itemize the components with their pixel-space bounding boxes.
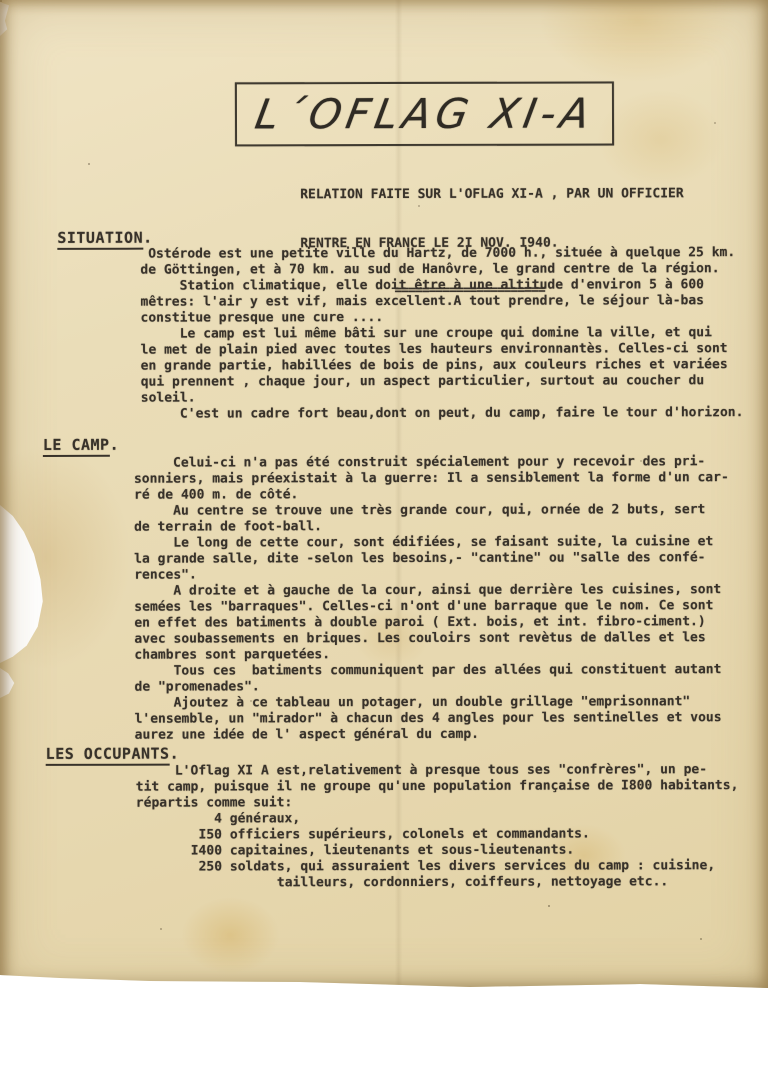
- heading-period-situation: .: [143, 229, 153, 247]
- heading-text-le-camp: LE CAMP: [43, 436, 110, 457]
- section-heading-les-occupants: LES OCCUPANTS.: [46, 746, 179, 762]
- scanned-page: L´OFLAG XI-A RELATION FAITE SUR L'OFLAG …: [0, 0, 768, 1087]
- section-body-le-camp: Celui-ci n'a pas été construit spécialem…: [134, 454, 760, 744]
- section-heading-situation: SITUATION.: [57, 230, 152, 246]
- heading-text-situation: SITUATION: [57, 229, 143, 250]
- subtitle-line-1: RELATION FAITE SUR L'OFLAG XI-A , PAR UN…: [300, 185, 684, 203]
- paper-specks: [0, 0, 2, 2]
- typed-content: L´OFLAG XI-A RELATION FAITE SUR L'OFLAG …: [0, 0, 768, 995]
- document-title: L´OFLAG XI-A: [251, 89, 597, 138]
- section-body-situation: Ostérode est une petite ville du Hartz, …: [140, 245, 765, 423]
- heading-period-le-camp: .: [110, 436, 120, 454]
- paper-sheet: L´OFLAG XI-A RELATION FAITE SUR L'OFLAG …: [0, 0, 768, 995]
- section-heading-le-camp: LE CAMP.: [43, 437, 119, 453]
- title-box: L´OFLAG XI-A: [235, 81, 614, 146]
- heading-period-les-occupants: .: [170, 745, 180, 763]
- section-body-les-occupants: L'Oflag XI A est,relativement à presque …: [136, 762, 761, 892]
